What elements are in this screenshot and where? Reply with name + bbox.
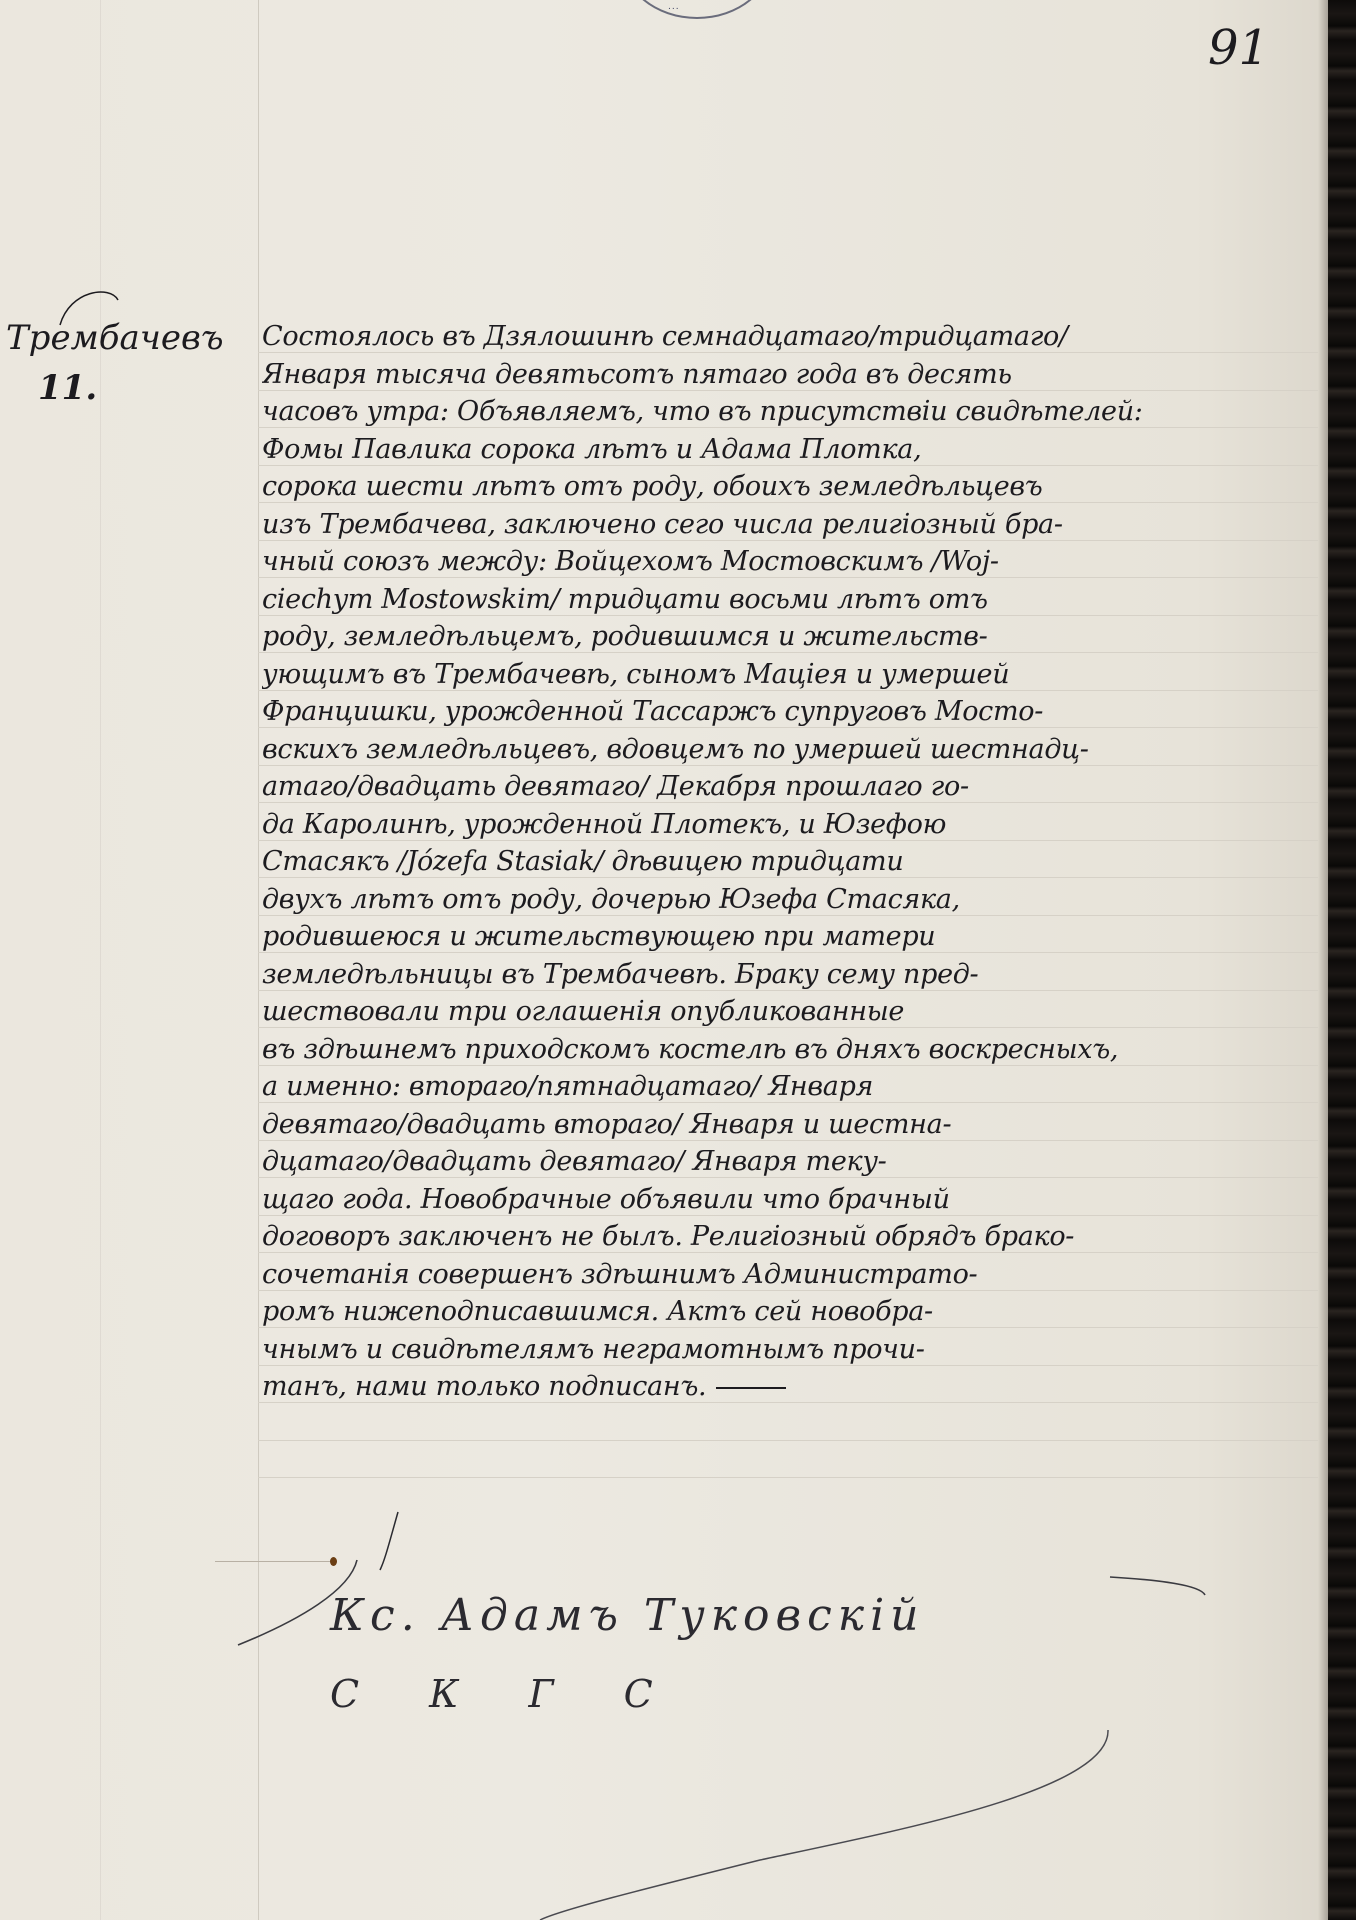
signature-flourish-icon bbox=[0, 0, 1328, 1920]
book-binding bbox=[1328, 0, 1356, 1920]
register-page: ... 91 Трембачевъ 11. Состоялось въ Дзял… bbox=[0, 0, 1328, 1920]
